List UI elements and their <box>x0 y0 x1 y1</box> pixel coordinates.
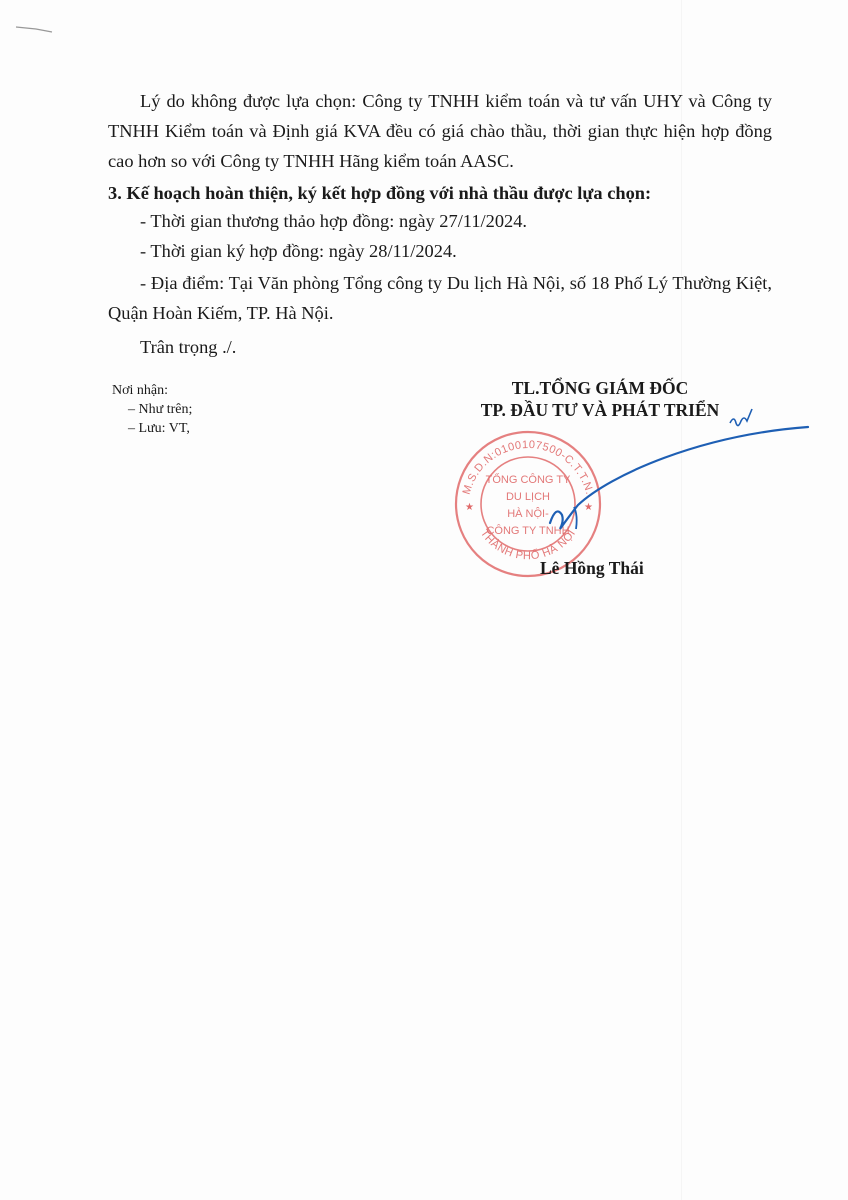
signature-title-line2: TP. ĐẦU TƯ VÀ PHÁT TRIỂN <box>455 399 745 421</box>
svg-text:DU LỊCH: DU LỊCH <box>506 491 550 503</box>
document-page: Lý do không được lựa chọn: Công ty TNHH … <box>0 0 848 1200</box>
svg-text:★: ★ <box>584 502 593 513</box>
closing-text: Trân trọng ./. <box>140 334 236 360</box>
recipients-label: Nơi nhận: <box>112 381 192 400</box>
reason-paragraph: Lý do không được lựa chọn: Công ty TNHH … <box>108 86 772 176</box>
section-3-heading: 3. Kế hoạch hoàn thiện, ký kết hợp đồng … <box>108 178 772 208</box>
recipient-item: – Lưu: VT, <box>112 419 192 438</box>
signature-title-line1: TL.TỔNG GIÁM ĐỐC <box>455 377 745 399</box>
svg-text:CÔNG TY TNHH: CÔNG TY TNHH <box>486 524 569 537</box>
recipients-block: Nơi nhận: – Như trên; – Lưu: VT, <box>112 381 192 438</box>
svg-text:★: ★ <box>465 502 474 513</box>
recipient-item: – Như trên; <box>112 400 192 419</box>
scan-mark-icon <box>14 24 54 34</box>
negotiation-date-item: - Thời gian thương thảo hợp đồng: ngày 2… <box>140 208 527 234</box>
signature-title-block: TL.TỔNG GIÁM ĐỐC TP. ĐẦU TƯ VÀ PHÁT TRIỂ… <box>455 377 745 421</box>
signer-name: Lê Hồng Thái <box>540 558 644 579</box>
location-paragraph: - Địa điểm: Tại Văn phòng Tổng công ty D… <box>108 268 772 328</box>
svg-text:TỔNG CÔNG TY: TỔNG CÔNG TY <box>486 473 571 486</box>
signing-date-item: - Thời gian ký hợp đồng: ngày 28/11/2024… <box>140 238 457 264</box>
svg-text:M.S.D.N:0100107500-C.T.T.N.: M.S.D.N:0100107500-C.T.T.N. <box>461 439 596 496</box>
svg-text:HÀ NỘI-: HÀ NỘI- <box>507 507 549 520</box>
